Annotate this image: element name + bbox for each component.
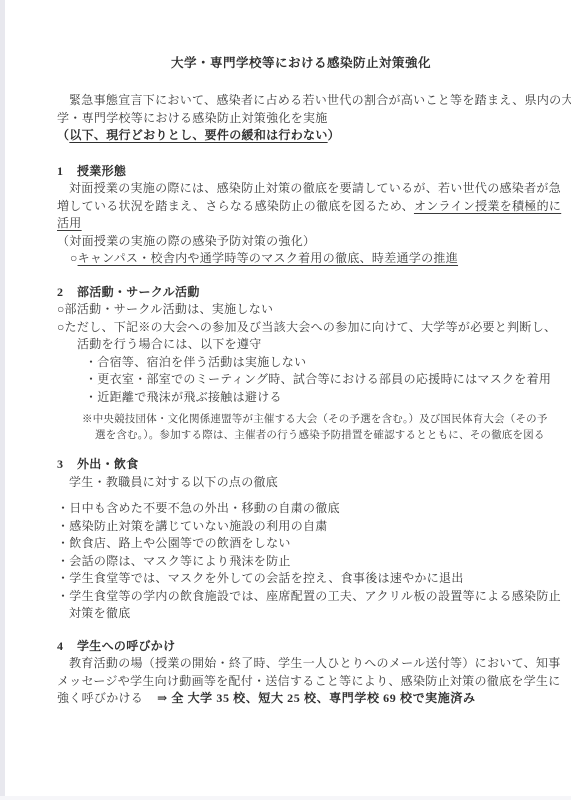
section-4-result-bold: ⇒ 全 大学 35 校、短大 25 校、専門学校 69 校で実施済み bbox=[157, 691, 475, 705]
section-1-line-1: 対面授業の実施の際には、感染防止対策の徹底を要請しているが、若い世代の感染者が急 bbox=[57, 180, 545, 198]
section-3-bullet-3: ・飲食店、路上や公園等での飲酒をしない bbox=[57, 535, 545, 553]
section-1-heading: 1授業形態 bbox=[57, 163, 545, 181]
caveat-paren-open: （ bbox=[57, 128, 69, 142]
intro-paragraph: 緊急事態宣言下において、感染者に占める若い世代の割合が高いこと等を踏まえ、県内の… bbox=[57, 92, 545, 145]
section-3-heading-label: 外出・飲食 bbox=[77, 457, 139, 471]
section-1-circle-item-underlined: キャンパス・校舎内や通学時等のマスク着用の徹底、時差通学の推進 bbox=[78, 251, 458, 265]
section-2-number: 2 bbox=[57, 284, 77, 302]
section-2-club-activities: 2部活動・サークル活動 ○部活動・サークル活動は、実施しない ○ただし、下記※の… bbox=[57, 284, 545, 444]
circle-marker: ○ bbox=[70, 251, 78, 265]
section-4-line-2: メッセージや学生向け動画等を配付・送信すること等により、感染防止対策の徹底を学生… bbox=[57, 673, 545, 691]
section-4-number: 4 bbox=[57, 638, 77, 656]
section-2-circle-item-2: ○ただし、下記※の大会への参加及び当該大会への参加に向けて、大学等が必要と判断し… bbox=[57, 319, 545, 337]
section-3-lead: 学生・教職員に対する以下の点の徹底 bbox=[57, 474, 545, 492]
intro-caveat-line: （以下、現行どおりとし、要件の緩和は行わない） bbox=[57, 127, 545, 145]
section-4-call-to-students: 4学生への呼びかけ 教育活動の場（授業の開始・終了時、学生一人ひとりへのメール送… bbox=[57, 638, 545, 708]
section-3-bullet-6-wrap: 対策を徹底 bbox=[57, 605, 545, 623]
section-3-bullet-4: ・会話の際は、マスク等により飛沫を防止 bbox=[57, 553, 545, 571]
section-2-footnote: ※中央競技団体・文化関係連盟等が主催する大会（その予選を含む。）及び国民体育大会… bbox=[57, 412, 545, 443]
section-3-bullet-6: ・学生食堂等の学内の飲食施設では、座席配置の工夫、アクリル板の設置等による感染防… bbox=[57, 588, 545, 606]
section-4-line-1: 教育活動の場（授業の開始・終了時、学生一人ひとりへのメール送付等）において、知事 bbox=[57, 655, 545, 673]
section-2-circle-item-1: ○部活動・サークル活動は、実施しない bbox=[57, 301, 545, 319]
section-3-number: 3 bbox=[57, 456, 77, 474]
section-1-line-3-underlined: 活用 bbox=[57, 216, 82, 230]
section-4-line-3-plain: 強く呼びかける bbox=[57, 691, 143, 705]
page-bottom-edge bbox=[0, 796, 571, 800]
caveat-underlined-text: 以下、現行どおりとし、要件の緩和は行わない bbox=[69, 128, 327, 142]
section-1-line-2-plain: 増している状況を踏まえ、さらなる感染防止の徹底を図るため、 bbox=[57, 199, 414, 213]
section-3-heading: 3外出・飲食 bbox=[57, 456, 545, 474]
section-4-line-3: 強く呼びかける⇒ 全 大学 35 校、短大 25 校、専門学校 69 校で実施済… bbox=[57, 690, 545, 708]
section-3-bullet-list: ・日中も含めた不要不急の外出・移動の自粛の徹底 ・感染防止対策を講じていない施設… bbox=[57, 500, 545, 623]
section-2-bullet-1: ・合宿等、宿泊を伴う活動は実施しない bbox=[57, 354, 545, 372]
page-left-edge bbox=[0, 0, 5, 800]
section-3-bullet-1: ・日中も含めた不要不急の外出・移動の自粛の徹底 bbox=[57, 500, 545, 518]
section-2-circle-item-2-wrap: 活動を行う場合には、以下を遵守 bbox=[57, 336, 545, 354]
section-3-going-out-dining: 3外出・飲食 学生・教職員に対する以下の点の徹底 ・日中も含めた不要不急の外出・… bbox=[57, 456, 545, 623]
section-3-bullet-2: ・感染防止対策を講じていない施設の利用の自粛 bbox=[57, 518, 545, 536]
intro-line-1: 緊急事態宣言下において、感染者に占める若い世代の割合が高いこと等を踏まえ、県内の… bbox=[57, 92, 545, 110]
section-1-line-3: 活用 bbox=[57, 215, 545, 233]
section-1-paren-note: （対面授業の実施の際の感染予防対策の強化） bbox=[57, 233, 545, 251]
section-2-bullet-2: ・更衣室・部室でのミーティング時、試合等における部員の応援時にはマスクを着用 bbox=[57, 371, 545, 389]
section-1-class-format: 1授業形態 対面授業の実施の際には、感染防止対策の徹底を要請しているが、若い世代… bbox=[57, 163, 545, 268]
section-1-heading-label: 授業形態 bbox=[77, 164, 126, 178]
section-1-line-2-underlined: オンライン授業を積極的に bbox=[414, 199, 561, 213]
section-2-heading-label: 部活動・サークル活動 bbox=[77, 285, 200, 299]
section-4-heading: 4学生への呼びかけ bbox=[57, 638, 545, 656]
footnote-line-2: 選を含む。）。参加する際は、主催者の行う感染予防措置を確認するとともに、その徹底… bbox=[57, 428, 545, 444]
section-1-circle-item: ○キャンパス・校舎内や通学時等のマスク着用の徹底、時差通学の推進 bbox=[57, 250, 545, 268]
footnote-line-1: ※中央競技団体・文化関係連盟等が主催する大会（その予選を含む。）及び国民体育大会… bbox=[57, 412, 545, 428]
section-1-line-2: 増している状況を踏まえ、さらなる感染防止の徹底を図るため、オンライン授業を積極的… bbox=[57, 198, 545, 216]
section-2-bullet-3: ・近距離で飛沫が飛ぶ接触は避ける bbox=[57, 389, 545, 407]
section-1-number: 1 bbox=[57, 163, 77, 181]
section-3-bullet-5: ・学生食堂等では、マスクを外しての会話を控え、食事後は速やかに退出 bbox=[57, 570, 545, 588]
document-body: 大学・専門学校等における感染防止対策強化 緊急事態宣言下において、感染者に占める… bbox=[57, 55, 545, 708]
intro-line-2: 学・専門学校等における感染防止対策強化を実施 bbox=[57, 110, 545, 128]
section-2-heading: 2部活動・サークル活動 bbox=[57, 284, 545, 302]
section-4-heading-label: 学生への呼びかけ bbox=[77, 639, 175, 653]
caveat-paren-close: ） bbox=[328, 128, 340, 142]
page-title: 大学・専門学校等における感染防止対策強化 bbox=[57, 55, 545, 72]
